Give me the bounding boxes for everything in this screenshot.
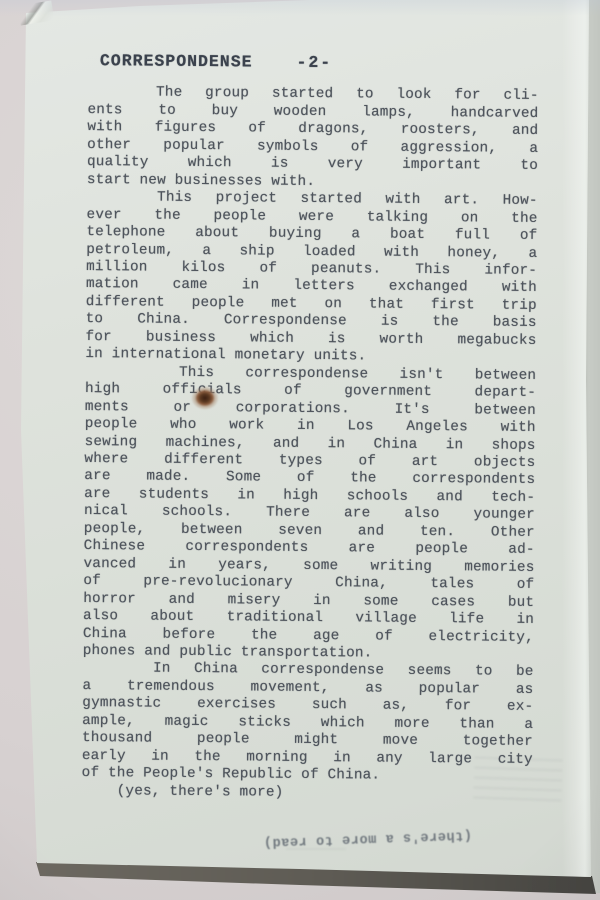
bleed-through-smudge [473,750,563,801]
paragraph: The group started to look for cli-ents t… [87,84,539,193]
paragraph: This project started with art. How-ever … [85,189,538,367]
paragraph: In China correspondense seems to bea tre… [82,660,534,786]
page-text-column: CORRESPONDENSE -2- The group started to … [81,52,539,804]
paragraph: This correspondense isn't betweenhigh of… [83,364,537,665]
photographed-document: CORRESPONDENSE -2- The group started to … [0,0,600,900]
ink-stain [191,386,222,410]
page-header: CORRESPONDENSE -2- [88,52,539,73]
page-title: CORRESPONDENSE [100,52,253,71]
body-text: The group started to look for cli-ents t… [81,84,538,803]
page-number: -2- [296,54,332,72]
